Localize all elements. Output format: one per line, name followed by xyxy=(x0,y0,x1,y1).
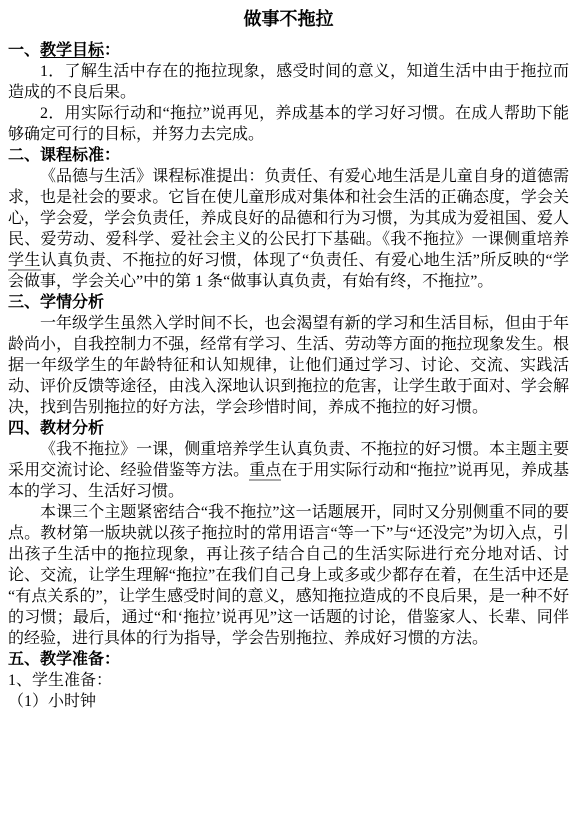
section-number: 一、 xyxy=(8,42,40,59)
section-colon: ： xyxy=(104,147,120,164)
paragraph: 本课三个主题紧密结合“我不拖拉”这一话题展开，同时又分别侧重不同的要点。教材第一… xyxy=(8,502,569,649)
document-page: 做事不拖拉 一、教学目标： 1．了解生活中存在的拖拉现象，感受时间的意义，知道生… xyxy=(0,0,577,822)
section-heading: 四、教材分析 xyxy=(8,418,569,439)
section-title: 教学目标 xyxy=(40,42,104,59)
section-learner-analysis: 三、学情分析 一年级学生虽然入学时间不长，也会渴望有新的学习和生活目标，但由于年… xyxy=(8,292,569,418)
paragraph: 2．用实际行动和“拖拉”说再见，养成基本的学习好习惯。在成人帮助下能够确定可行的… xyxy=(8,103,569,145)
section-heading: 一、教学目标： xyxy=(8,40,569,61)
section-title: 教材分析 xyxy=(40,420,104,437)
section-heading: 二、课程标准： xyxy=(8,145,569,166)
section-number: 三、 xyxy=(8,294,40,311)
section-title: 课程标准 xyxy=(40,147,104,164)
grammar-marked-word: 学生 xyxy=(8,252,41,271)
document-title: 做事不拖拉 xyxy=(8,8,569,30)
section-number: 五、 xyxy=(8,651,40,668)
section-number: 二、 xyxy=(8,147,40,164)
grammar-marked-word: 重点 xyxy=(249,462,281,481)
list-item: 1、学生准备： xyxy=(8,670,569,691)
section-colon: ： xyxy=(104,651,120,668)
section-teaching-objectives: 一、教学目标： 1．了解生活中存在的拖拉现象，感受时间的意义，知道生活中由于拖拉… xyxy=(8,40,569,145)
section-number: 四、 xyxy=(8,420,40,437)
section-teaching-preparation: 五、教学准备： 1、学生准备： （1）小时钟 xyxy=(8,649,569,712)
paragraph: 《品德与生活》课程标准提出：负责任、有爱心地生活是儿童自身的道德需求，也是社会的… xyxy=(8,166,569,292)
section-heading: 五、教学准备： xyxy=(8,649,569,670)
section-material-analysis: 四、教材分析 《我不拖拉》一课，侧重培养学生认真负责、不拖拉的好习惯。本主题主要… xyxy=(8,418,569,649)
paragraph: 《我不拖拉》一课，侧重培养学生认真负责、不拖拉的好习惯。本主题主要采用交流讨论、… xyxy=(8,439,569,502)
section-colon: ： xyxy=(104,42,120,59)
section-curriculum-standards: 二、课程标准： 《品德与生活》课程标准提出：负责任、有爱心地生活是儿童自身的道德… xyxy=(8,145,569,292)
section-heading: 三、学情分析 xyxy=(8,292,569,313)
list-item: （1）小时钟 xyxy=(8,691,569,712)
paragraph: 1．了解生活中存在的拖拉现象，感受时间的意义，知道生活中由于拖拉而造成的不良后果… xyxy=(8,61,569,103)
section-title: 学情分析 xyxy=(40,294,104,311)
paragraph-text: 认真负责、不拖拉的好习惯，体现了“负责任、有爱心地生活”所反映的“学会做事，学会… xyxy=(8,252,569,290)
section-title: 教学准备 xyxy=(40,651,104,668)
paragraph-text: 《品德与生活》课程标准提出：负责任、有爱心地生活是儿童自身的道德需求，也是社会的… xyxy=(8,168,569,248)
paragraph: 一年级学生虽然入学时间不长，也会渴望有新的学习和生活目标，但由于年龄尚小，自我控… xyxy=(8,313,569,418)
